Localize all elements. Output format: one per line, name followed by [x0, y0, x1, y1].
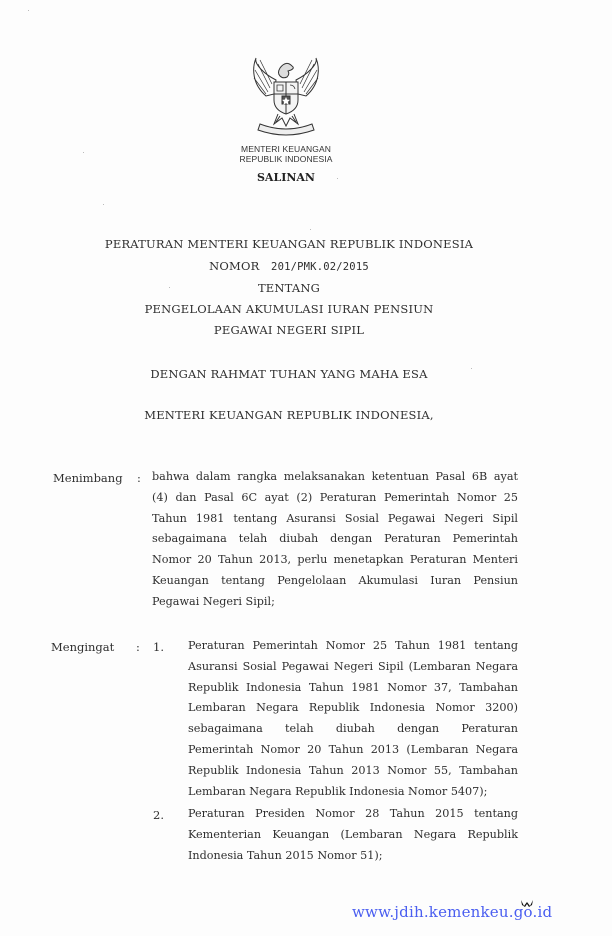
menimbang-line: Pegawai Negeri Sipil;: [152, 592, 518, 613]
scan-speck: [83, 152, 84, 153]
menimbang-line: sebagaimana telah diubah dengan Peratura…: [152, 529, 518, 550]
mengingat-line: Lembaran Negara Republik Indonesia Nomor…: [188, 698, 518, 719]
org-name-line1: MENTERI KEUANGAN: [0, 144, 572, 154]
mengingat-item-1: Peraturan Pemerintah Nomor 25 Tahun 1981…: [188, 636, 518, 802]
mengingat-line: Asuransi Sosial Pegawai Negeri Sipil (Le…: [188, 657, 518, 678]
menimbang-text: bahwa dalam rangka melaksanakan ketentua…: [152, 467, 518, 613]
menimbang-label: Menimbang: [53, 471, 123, 485]
mengingat-line: Lembaran Negara Republik Indonesia Nomor…: [188, 782, 518, 803]
scan-speck: [310, 229, 311, 230]
menimbang-line: Nomor 20 Tahun 2013, perlu menetapkan Pe…: [152, 550, 518, 571]
mengingat-line: Kementerian Keuangan (Lembaran Negara Re…: [188, 825, 518, 846]
ink-mark-icon: [520, 893, 534, 902]
copy-mark: SALINAN: [0, 171, 572, 184]
menimbang-colon: :: [137, 471, 141, 485]
subject-line2: PEGAWAI NEGERI SIPIL: [0, 323, 578, 337]
org-name-line2: REPUBLIK INDONESIA: [0, 154, 572, 164]
mengingat-line: sebagaimana telah diubah dengan Peratura…: [188, 719, 518, 740]
menimbang-line: bahwa dalam rangka melaksanakan ketentua…: [152, 467, 518, 488]
subject-line1: PENGELOLAAN AKUMULASI IURAN PENSIUN: [0, 302, 578, 316]
menimbang-line: (4) dan Pasal 6C ayat (2) Peraturan Peme…: [152, 488, 518, 509]
garuda-emblem-icon: [246, 54, 326, 136]
scan-speck: [28, 10, 29, 11]
regulation-title: PERATURAN MENTERI KEUANGAN REPUBLIK INDO…: [0, 237, 578, 251]
about-label: TENTANG: [0, 281, 578, 295]
scan-speck: [103, 204, 104, 205]
mengingat-line: Indonesia Tahun 2015 Nomor 51);: [188, 846, 518, 867]
mengingat-line: Pemerintah Nomor 20 Tahun 2013 (Lembaran…: [188, 740, 518, 761]
mengingat-line: Republik Indonesia Tahun 2013 Nomor 55, …: [188, 761, 518, 782]
invocation: DENGAN RAHMAT TUHAN YANG MAHA ESA: [0, 367, 578, 381]
mengingat-line: Peraturan Presiden Nomor 28 Tahun 2015 t…: [188, 804, 518, 825]
number-value: 201/PMK.02/2015: [271, 261, 369, 273]
mengingat-item-2: Peraturan Presiden Nomor 28 Tahun 2015 t…: [188, 804, 518, 866]
menimbang-line: Keuangan tentang Pengelolaan Akumulasi I…: [152, 571, 518, 592]
mengingat-line: Republik Indonesia Tahun 1981 Nomor 37, …: [188, 678, 518, 699]
mengingat-item-number: 2.: [153, 808, 164, 822]
jdih-website-link[interactable]: www.jdih.kemenkeu.go.id: [352, 903, 552, 921]
scan-speck: [337, 178, 338, 179]
scan-speck: [471, 368, 472, 369]
mengingat-item-number: 1.: [153, 640, 164, 654]
number-label: NOMOR: [209, 259, 259, 273]
menimbang-line: Tahun 1981 tentang Asuransi Sosial Pegaw…: [152, 509, 518, 530]
authority: MENTERI KEUANGAN REPUBLIK INDONESIA,: [0, 408, 578, 422]
mengingat-colon: :: [136, 640, 140, 654]
mengingat-line: Peraturan Pemerintah Nomor 25 Tahun 1981…: [188, 636, 518, 657]
regulation-number: NOMOR 201/PMK.02/2015: [0, 259, 578, 273]
mengingat-label: Mengingat: [51, 640, 114, 654]
scan-speck: [169, 287, 170, 288]
